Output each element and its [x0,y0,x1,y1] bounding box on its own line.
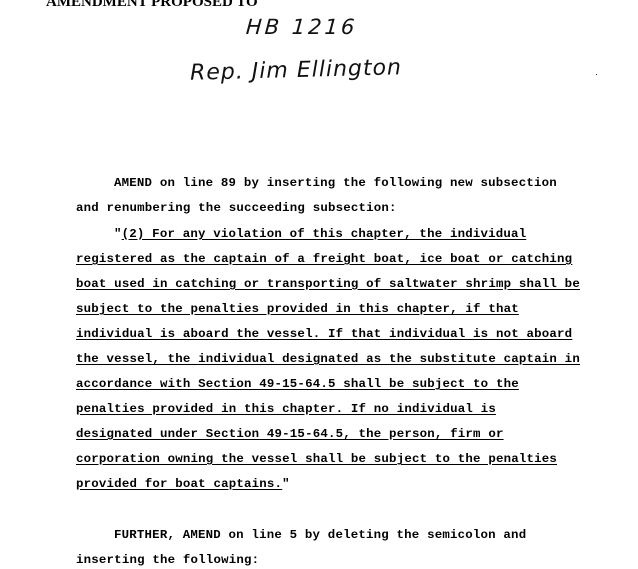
close-quote: " [282,477,290,491]
open-quote: " [114,227,122,241]
inserted-text-line-text: (2) For any violation of this chapter, t… [122,227,527,241]
inserted-text-line: subject to the penalties provided in thi… [76,302,519,316]
further-amend-keyword: FURTHER, AMEND [114,528,221,542]
paragraph-1-line-1-text: on line 89 by inserting the following ne… [152,176,557,190]
inserted-text-line: individual is aboard the vessel. If that… [76,327,572,341]
inserted-text-line: the vessel, the individual designated as… [76,352,580,366]
handwritten-bill-number: HB 1216 [245,15,358,39]
inserted-text-line: boat used in catching or transporting of… [76,277,580,291]
inserted-text-line: "(2) For any violation of this chapter, … [114,227,526,241]
paragraph-2-line-1: FURTHER, AMEND on line 5 by deleting the… [114,528,526,542]
inserted-text-line: corporation owning the vessel shall be s… [76,452,557,466]
scan-artifact-dot [596,74,597,75]
paragraph-1-line-2: and renumbering the succeeding subsectio… [76,201,397,215]
inserted-text-line: registered as the captain of a freight b… [76,252,572,266]
inserted-text-line-text: provided for boat captains. [76,477,282,491]
handwritten-sponsor-name: Rep. Jim Ellington [190,55,403,86]
inserted-text-line: designated under Section 49-15-64.5, the… [76,427,504,441]
inserted-text-line: penalties provided in this chapter. If n… [76,402,496,416]
amendment-header-title: AMENDMENT PROPOSED TO [46,0,258,11]
paragraph-1-line-1: AMEND on line 89 by inserting the follow… [114,176,557,190]
amend-keyword: AMEND [114,176,152,190]
paragraph-2-line-1-text: on line 5 by deleting the semicolon and [221,528,526,542]
paragraph-2-line-2: inserting the following: [76,553,259,567]
inserted-text-line: provided for boat captains." [76,477,290,491]
inserted-text-line: accordance with Section 49-15-64.5 shall… [76,377,519,391]
